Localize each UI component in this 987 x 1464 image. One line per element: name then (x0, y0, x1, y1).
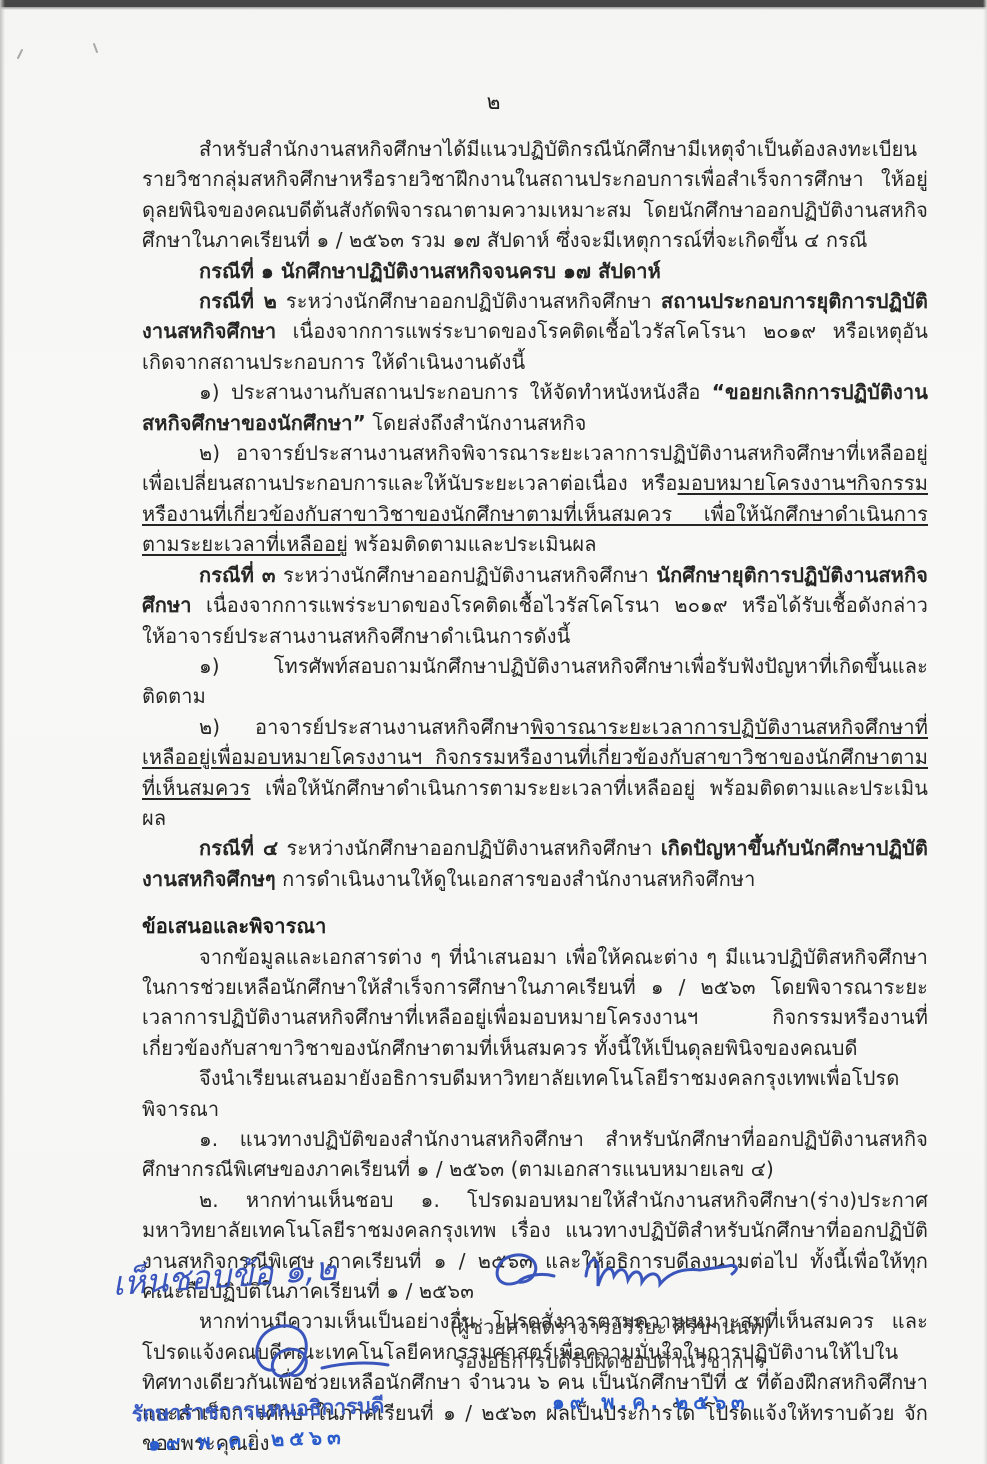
case-2-item-1: ๑) ประสานงานกับสถานประกอบการ ให้จัดทำหนั… (142, 377, 928, 438)
text-segment: ๑) ประสานงานกับสถานประกอบการ ให้จัดทำหนั… (199, 380, 712, 404)
case-2: กรณีที่ ๒ ระหว่างนักศึกษาออกปฏิบัติงานสห… (142, 286, 928, 377)
text-segment: จากข้อมูลและเอกสารต่าง ๆ ที่นำเสนอมา เพื… (142, 945, 928, 1060)
signer-block: (ผู้ช่วยศาสตราจารย์วิริยะ ศิริขานนท์) รอ… (430, 1310, 790, 1378)
text-segment: สำหรับสำนักงานสหกิจศึกษาได้มีแนวปฏิบัติก… (142, 137, 928, 252)
case-3: กรณีที่ ๓ ระหว่างนักศึกษาออกปฏิบัติงานสห… (142, 560, 928, 651)
text-segment: การดำเนินงานให้ดูในเอกสารของสำนักงานสหกิ… (276, 867, 756, 891)
text-segment: จึงนำเรียนเสนอมายังอธิการบดีมหาวิทยาลัยเ… (142, 1066, 899, 1120)
case-4: กรณีที่ ๔ ระหว่างนักศึกษาออกปฏิบัติงานสห… (142, 833, 928, 894)
right-signature-stroke (478, 1242, 768, 1308)
case-2-item-2: ๒) อาจารย์ประสานงานสหกิจพิจารณาระยะเวลาก… (142, 438, 928, 560)
text-segment: กรณีที่ ๔ (199, 836, 278, 860)
scan-edge-top (0, 0, 987, 7)
case-3-item-1: ๑) โทรศัพท์สอบถามนักศึกษาปฏิบัติงานสหกิจ… (142, 651, 928, 712)
signer-name: (ผู้ช่วยศาสตราจารย์วิริยะ ศิริขานนท์) (430, 1310, 790, 1344)
page-number: ๒ (0, 86, 987, 119)
text-segment: ระหว่างนักศึกษาออกปฏิบัติงานสหกิจศึกษา (277, 289, 661, 313)
text-segment: กรณีที่ ๓ (199, 563, 276, 587)
submission-line: จึงนำเรียนเสนอมายังอธิการบดีมหาวิทยาลัยเ… (142, 1063, 928, 1124)
intro-paragraph: สำหรับสำนักงานสหกิจศึกษาได้มีแนวปฏิบัติก… (142, 134, 928, 256)
text-segment: ระหว่างนักศึกษาออกปฏิบัติงานสหกิจศึกษา (276, 563, 657, 587)
text-segment: โดยส่งถึงสำนักงานสหกิจ (366, 411, 587, 435)
text-segment: กรณีที่ ๑ นักศึกษาปฏิบัติงานสหกิจจนครบ ๑… (199, 259, 661, 283)
left-signature-stroke (238, 1312, 448, 1402)
scan-edge-left (0, 0, 5, 1464)
request-item-1: ๑. แนวทางปฏิบัติของสำนักงานสหกิจศึกษา สำ… (142, 1124, 928, 1185)
text-segment: พร้อมติดตามและประเมินผล (348, 532, 597, 556)
case-3-item-2: ๒) อาจารย์ประสานงานสหกิจศึกษาพิจารณาระยะ… (142, 712, 928, 834)
text-segment: ๑) โทรศัพท์สอบถามนักศึกษาปฏิบัติงานสหกิจ… (142, 654, 928, 708)
case-1: กรณีที่ ๑ นักศึกษาปฏิบัติงานสหกิจจนครบ ๑… (142, 256, 928, 286)
text-segment: ระหว่างนักศึกษาออกปฏิบัติงานสหกิจศึกษา (278, 836, 661, 860)
text-segment: ๒) อาจารย์ประสานงานสหกิจศึกษา (199, 715, 530, 739)
scanned-document-page: ๒ สำหรับสำนักงานสหกิจศึกษาได้มีแนวปฏิบัต… (0, 0, 987, 1464)
pencil-mark (10, 36, 110, 66)
proposal-paragraph: จากข้อมูลและเอกสารต่าง ๆ ที่นำเสนอมา เพื… (142, 942, 928, 1064)
text-segment: ข้อเสนอและพิจารณา (142, 914, 326, 938)
text-segment: กรณีที่ ๒ (199, 289, 277, 313)
signer-title: รองอธิการบดีรับผิดชอบด้านวิชาการ (430, 1344, 790, 1378)
text-segment: เนื่องจากการแพร่ระบาดของโรคติดเชื้อไวรัส… (142, 593, 928, 647)
right-date-stamp: ๑๙ พ.ค. ๒๕๖๓ (552, 1386, 750, 1418)
proposal-heading: ข้อเสนอและพิจารณา (142, 911, 928, 941)
scan-edge-right (983, 0, 987, 1464)
text-segment: ๑. แนวทางปฏิบัติของสำนักงานสหกิจศึกษา สำ… (142, 1127, 928, 1181)
scan-edge-top-fade (0, 7, 987, 10)
text-segment: เพื่อให้นักศึกษาดำเนินการตามระยะเวลาที่เ… (142, 776, 928, 830)
